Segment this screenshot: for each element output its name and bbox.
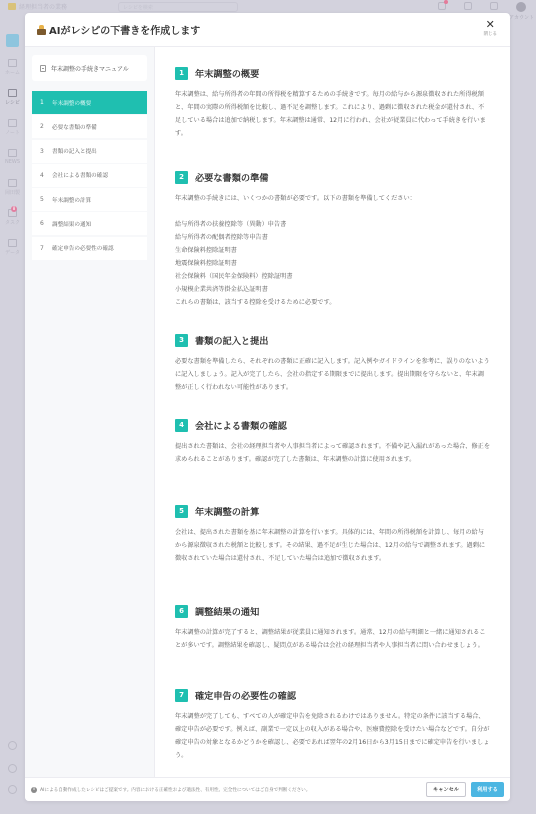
sidebar-label: ホーム xyxy=(5,70,20,76)
toc-item-label: 年末調整の概要 xyxy=(52,99,91,107)
sidebar-item-task: 8 タスク xyxy=(0,209,25,226)
toc-title: 年末調整の手続きマニュアル xyxy=(32,55,147,81)
toc-item-number: 4 xyxy=(40,172,52,179)
apply-button[interactable]: 利用する xyxy=(471,782,504,797)
table-of-contents: 年末調整の手続きマニュアル 1 年末調整の概要 2 必要な書類の準備 3 書類の… xyxy=(25,47,155,777)
section-title: 会社による書類の確認 xyxy=(195,418,287,432)
settings-icon xyxy=(490,2,498,10)
toc-item-label: 調整結果の通知 xyxy=(52,220,91,228)
megaphone-icon xyxy=(8,764,17,773)
section-text: 年末調整が完了しても、すべての人が確定申告を免除されるわけではありません。特定の… xyxy=(175,710,490,762)
list-item: 生命保険料控除証明書 xyxy=(175,244,490,257)
sidebar-label: 岡田製 xyxy=(5,190,20,196)
modal-header: AIがレシピの下書きを作成します ✕ 閉じる xyxy=(25,13,510,47)
modal-title-text: AIがレシピの下書きを作成します xyxy=(49,22,200,37)
sidebar-item-calendar: 岡田製 xyxy=(0,179,25,196)
help-icon xyxy=(8,741,17,750)
list-item: これらの書類は、該当する控除を受けるために必要です。 xyxy=(175,296,490,309)
toc-item-number: 6 xyxy=(40,220,52,227)
app-title-text: 経理担当者の業務 xyxy=(19,2,67,11)
section-title: 確定申告の必要性の確認 xyxy=(195,688,296,702)
toc-item-label: 確定申告の必要性の確認 xyxy=(52,244,114,252)
news-icon xyxy=(8,149,17,157)
sidebar-label: NEWS xyxy=(5,159,20,165)
toc-item-number: 7 xyxy=(40,245,52,252)
compose-icon xyxy=(6,34,19,47)
info-icon: i xyxy=(31,787,37,793)
sidebar-label: データ xyxy=(5,250,20,256)
toc-item-number: 2 xyxy=(40,123,52,130)
section-1: 1 年末調整の概要 年末調整は、給与所得者の年間の所得税を精算するための手続きで… xyxy=(175,65,490,169)
task-badge: 8 xyxy=(11,206,17,212)
modal-body: 年末調整の手続きマニュアル 1 年末調整の概要 2 必要な書類の準備 3 書類の… xyxy=(25,47,510,777)
list-item: 給与所得者の扶養控除等（異動）申告書 xyxy=(175,218,490,231)
section-text: 年末調整の計算が完了すると、調整結果が従業員に通知されます。通常、12月の給与明… xyxy=(175,626,490,652)
toc-item-label: 年末調整の計算 xyxy=(52,196,91,204)
notification-icon xyxy=(438,2,446,10)
close-button[interactable]: ✕ 閉じる xyxy=(484,20,498,37)
toc-item-label: 会社による書類の確認 xyxy=(52,171,108,179)
section-text: 会社は、提出された書類を基に年末調整の計算を行います。具体的には、年間の所得税額… xyxy=(175,526,490,565)
section-text: 年末調整は、給与所得者の年間の所得税を精算するための手続きです。毎月の給与から源… xyxy=(175,88,490,140)
section-heading: 3 書類の記入と提出 xyxy=(175,332,490,348)
account-label: アカウント xyxy=(509,14,534,21)
background-sidebar: ホーム レシピ ノート NEWS 岡田製 8 タスク データ xyxy=(0,14,25,814)
section-title: 書類の記入と提出 xyxy=(195,333,269,347)
section-5: 5 年末調整の計算 会社は、提出された書類を基に年末調整の計算を行います。具体的… xyxy=(175,503,490,603)
sidebar-label: レシピ xyxy=(5,100,20,106)
list-item: 社会保険料（国民年金保険料）控除証明書 xyxy=(175,270,490,283)
cancel-button[interactable]: キャンセル xyxy=(426,782,466,797)
section-number: 4 xyxy=(175,419,188,432)
note-icon xyxy=(8,119,17,127)
section-title: 必要な書類の準備 xyxy=(195,170,269,184)
section-heading: 5 年末調整の計算 xyxy=(175,503,490,519)
toc-item-7[interactable]: 7 確定申告の必要性の確認 xyxy=(32,237,147,260)
gear-icon xyxy=(8,785,17,794)
section-number: 3 xyxy=(175,334,188,347)
document-list: 給与所得者の扶養控除等（異動）申告書 給与所得者の配偶者控除等申告書 生命保険料… xyxy=(175,218,490,309)
section-number: 6 xyxy=(175,605,188,618)
toc-item-1[interactable]: 1 年末調整の概要 xyxy=(32,91,147,114)
folder-logo-icon xyxy=(8,3,16,10)
modal-footer: i AIによる自動作成したレシピはご提案です。内容における正確性および適法性、有… xyxy=(25,777,510,801)
sidebar-item-data: データ xyxy=(0,239,25,256)
home-icon xyxy=(8,59,17,67)
recipe-icon xyxy=(8,89,17,97)
close-icon: ✕ xyxy=(484,20,498,30)
section-heading: 4 会社による書類の確認 xyxy=(175,417,490,433)
section-title: 調整結果の通知 xyxy=(195,604,259,618)
section-text: 必要な書類を準備したら、それぞれの書類に正確に記入します。記入例やガイドラインを… xyxy=(175,355,490,394)
toc-item-6[interactable]: 6 調整結果の通知 xyxy=(32,212,147,235)
list-item: 給与所得者の配偶者控除等申告書 xyxy=(175,231,490,244)
disclaimer-text: AIによる自動作成したレシピはご提案です。内容における正確性および適法性、有用性… xyxy=(40,787,310,793)
section-2: 2 必要な書類の準備 年末調整の手続きには、いくつかの書類が必要です。以下の書類… xyxy=(175,169,490,332)
inbox-icon xyxy=(464,2,472,10)
toc-item-label: 必要な書類の準備 xyxy=(52,123,97,131)
document-icon xyxy=(40,65,46,72)
ai-draft-modal: AIがレシピの下書きを作成します ✕ 閉じる 年末調整の手続きマニュアル 1 年… xyxy=(25,13,510,801)
section-number: 1 xyxy=(175,67,188,80)
section-7: 7 確定申告の必要性の確認 年末調整が完了しても、すべての人が確定申告を免除され… xyxy=(175,687,490,762)
ai-chef-icon xyxy=(37,25,46,35)
toc-item-number: 1 xyxy=(40,99,52,106)
sidebar-item-home: ホーム xyxy=(0,59,25,76)
section-title: 年末調整の概要 xyxy=(195,66,259,80)
section-heading: 6 調整結果の通知 xyxy=(175,603,490,619)
section-title: 年末調整の計算 xyxy=(195,504,259,518)
toc-item-number: 3 xyxy=(40,148,52,155)
toc-item-number: 5 xyxy=(40,196,52,203)
sidebar-label: ノート xyxy=(5,130,20,136)
section-number: 5 xyxy=(175,505,188,518)
toc-item-4[interactable]: 4 会社による書類の確認 xyxy=(32,164,147,187)
section-3: 3 書類の記入と提出 必要な書類を準備したら、それぞれの書類に正確に記入します。… xyxy=(175,332,490,417)
modal-title: AIがレシピの下書きを作成します xyxy=(37,22,200,37)
close-label: 閉じる xyxy=(484,31,498,37)
list-item: 小規模企業共済等掛金払込証明書 xyxy=(175,283,490,296)
toc-item-2[interactable]: 2 必要な書類の準備 xyxy=(32,115,147,138)
data-icon xyxy=(8,239,17,247)
section-heading: 1 年末調整の概要 xyxy=(175,65,490,81)
section-heading: 2 必要な書類の準備 xyxy=(175,169,490,185)
section-number: 2 xyxy=(175,171,188,184)
background-app-title: 経理担当者の業務 xyxy=(8,2,67,11)
section-heading: 7 確定申告の必要性の確認 xyxy=(175,687,490,703)
calendar-icon xyxy=(8,179,17,187)
toc-item-label: 書類の記入と提出 xyxy=(52,147,97,155)
toc-item-5[interactable]: 5 年末調整の計算 xyxy=(32,188,147,211)
section-number: 7 xyxy=(175,689,188,702)
sidebar-item-compose xyxy=(0,34,25,49)
section-4: 4 会社による書類の確認 提出された書類は、会社の経理担当者や人事担当者によって… xyxy=(175,417,490,503)
recipe-content: 1 年末調整の概要 年末調整は、給与所得者の年間の所得税を精算するための手続きで… xyxy=(155,47,510,777)
sidebar-item-news: NEWS xyxy=(0,149,25,165)
section-text: 年末調整の手続きには、いくつかの書類が必要です。以下の書類を準備してください： xyxy=(175,192,490,205)
sidebar-label: タスク xyxy=(5,220,20,226)
toc-title-text: 年末調整の手続きマニュアル xyxy=(51,64,129,73)
toc-item-3[interactable]: 3 書類の記入と提出 xyxy=(32,140,147,163)
list-item: 地震保険料控除証明書 xyxy=(175,257,490,270)
sidebar-item-recipe: レシピ xyxy=(0,89,25,106)
background-topbar: 経理担当者の業務 レシピを検索 アカウント xyxy=(0,0,536,14)
background-top-icons xyxy=(438,2,526,12)
sidebar-item-note: ノート xyxy=(0,119,25,136)
section-6: 6 調整結果の通知 年末調整の計算が完了すると、調整結果が従業員に通知されます。… xyxy=(175,603,490,687)
background-search-input: レシピを検索 xyxy=(118,2,238,12)
avatar xyxy=(516,2,526,12)
section-text: 提出された書類は、会社の経理担当者や人事担当者によって確認されます。不備や記入漏… xyxy=(175,440,490,466)
